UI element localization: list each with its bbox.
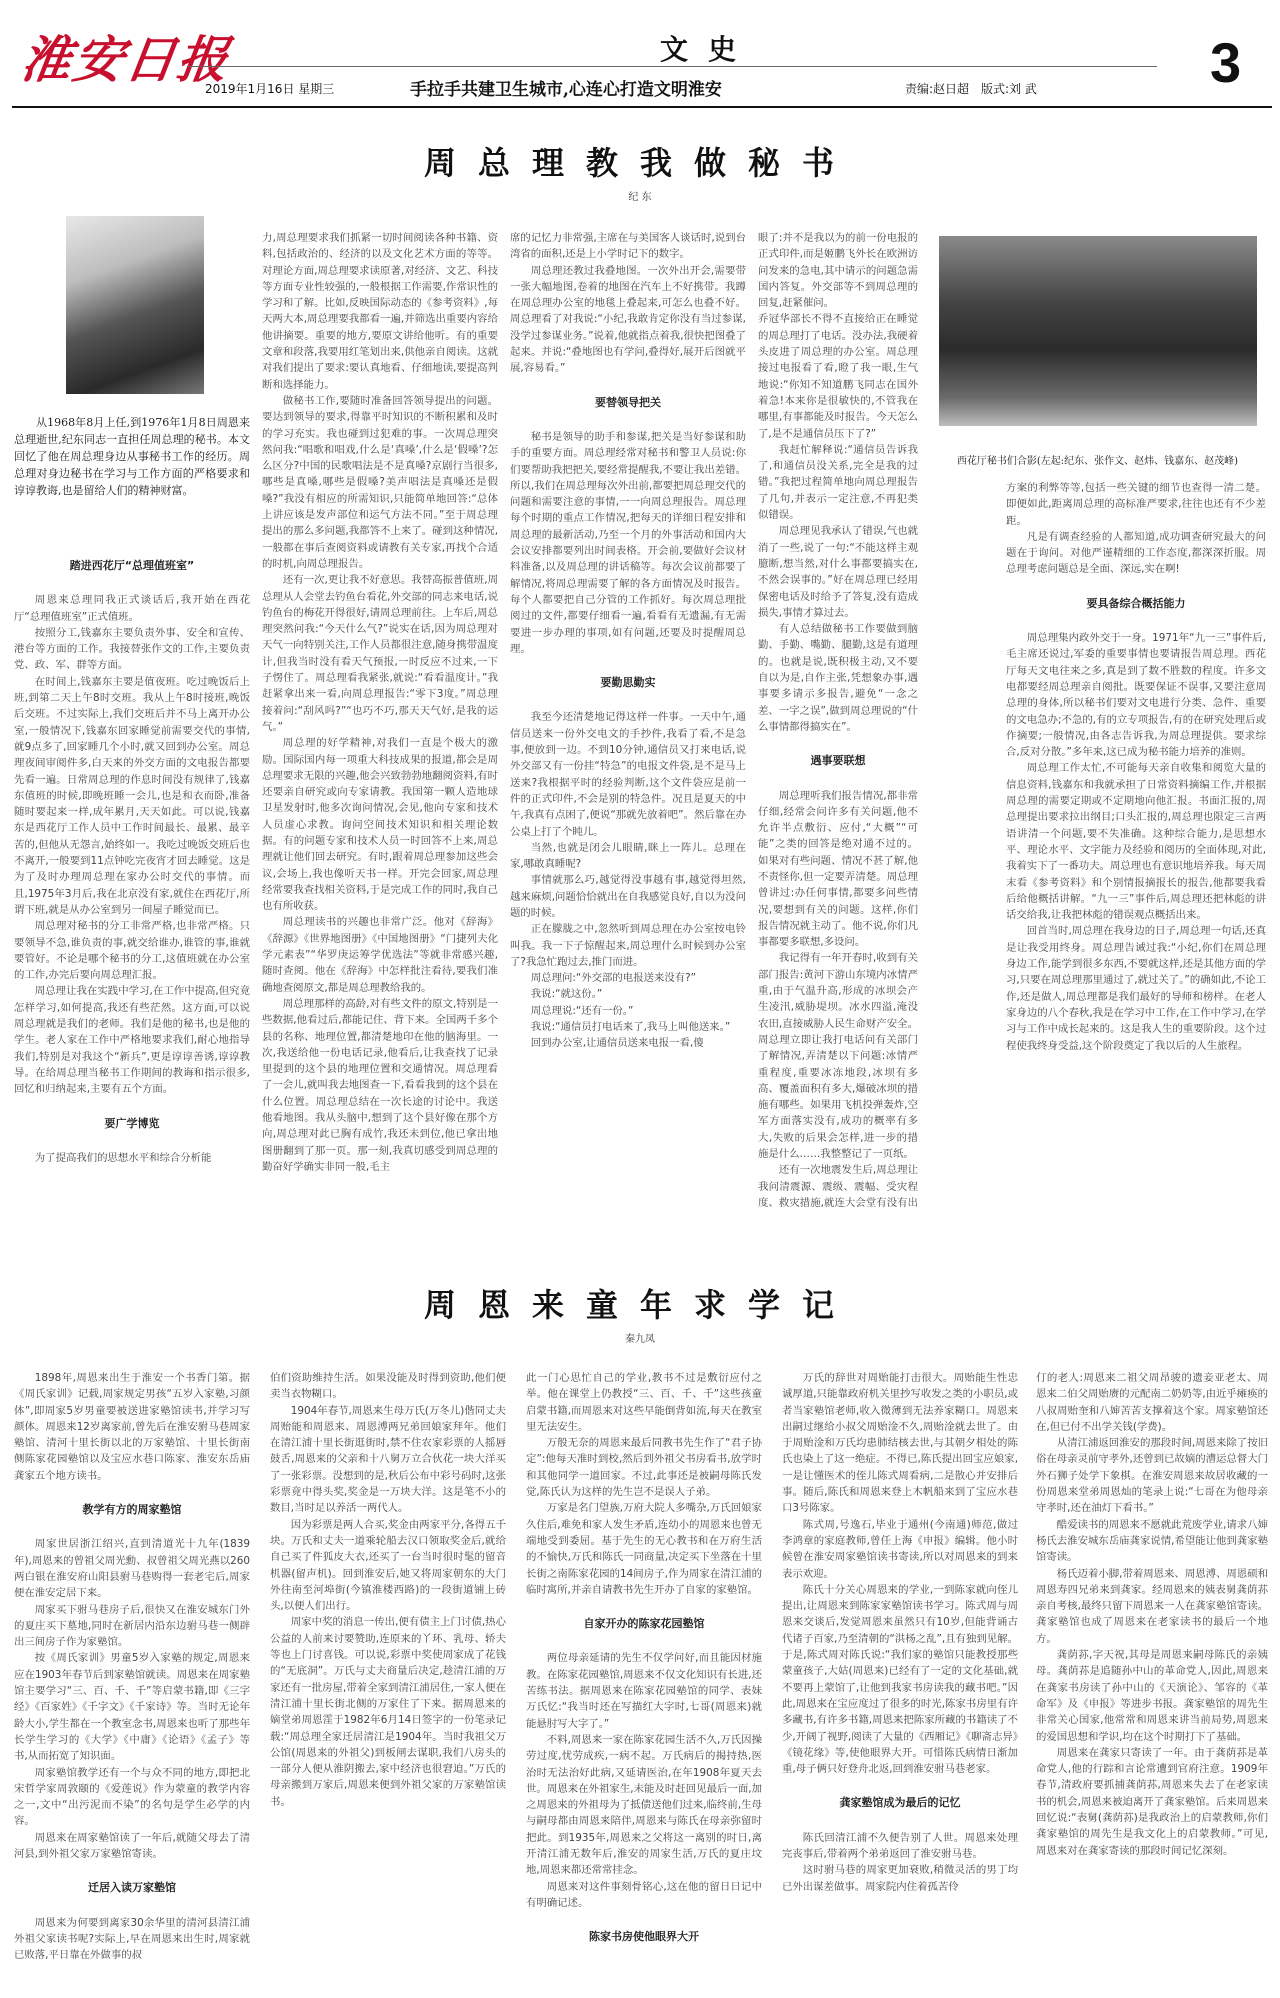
paragraph: 陈氏十分关心周恩来的学业,一到陈家就向侄儿提出,让周恩来到陈家家塾馆读书学习。陈… bbox=[782, 1582, 1018, 1778]
section-subheading: 要具备综合概括能力 bbox=[1006, 596, 1266, 612]
paragraph: 席的记忆力非常强,主席在与美国客人谈话时,说到台湾省的面积,还是上小学时记下的数… bbox=[510, 230, 746, 263]
paragraph: 万家是名门望族,万府大院人多嘴杂,万氏回娘家久住后,难免和家人发生矛盾,连幼小的… bbox=[526, 1500, 762, 1598]
paragraph: 伯们资助维持生活。如果没能及时得到资助,他们便卖当衣物糊口。 bbox=[270, 1370, 506, 1403]
paragraph: 周总理还教过我叠地图。一次外出开会,需要带一张大幅地图,卷着的地图在汽车上不好携… bbox=[510, 263, 746, 377]
paragraph: 万般无奈的周恩来最后同教书先生作了“君子协定”:他每天准时到校,然后到外祖父书房… bbox=[526, 1435, 762, 1500]
paragraph: 周总理让我在实践中学习,在工作中提高,但究竟怎样学习,如何提高,我还有些茫然。这… bbox=[14, 983, 250, 1097]
paragraph: 周总理读书的兴趣也非常广泛。他对《辞海》《辞源》《世界地图册》《中国地图册》“门… bbox=[262, 914, 498, 995]
article1-byline: 纪 东 bbox=[0, 188, 1280, 203]
article2-column-1: 1898年,周恩来出生于淮安一个书香门第。据《周氏家训》记载,周家规定男孩“五岁… bbox=[14, 1370, 250, 1998]
paragraph: 周恩来为何要到离家30余华里的清河县清江浦外祖父家读书呢?实际上,早在周恩来出生… bbox=[14, 1915, 250, 1964]
section-subheading: 陈家书房使他眼界大开 bbox=[526, 1929, 762, 1945]
paragraph: 杨氏迈着小脚,带着周恩来、周恩溥、周恩硕和周恩寿四兄弟来到龚家。经周恩来的姨表舅… bbox=[1036, 1566, 1268, 1647]
section-subheading: 龚家塾馆成为最后的记忆 bbox=[782, 1795, 1018, 1811]
paragraph: 周总理问:“外交部的电报送来没有?” bbox=[510, 970, 746, 986]
paragraph: 凡是有调查经验的人都知道,成功调查研究最大的问题在于询问。对他严谨精细的工作态度… bbox=[1006, 529, 1266, 578]
paragraph: 酷爱读书的周恩来不愿就此荒废学业,请求八婶杨氏去淮安城东岳庙龚家说情,希望能让他… bbox=[1036, 1517, 1268, 1566]
paragraph: 龚荫荪,字天祝,其母是周恩来嗣母陈氏的亲姨母。龚荫荪是追随孙中山的革命党人,因此… bbox=[1036, 1647, 1268, 1745]
editor-credits: 责编:赵日超 版式:刘 武 bbox=[905, 80, 1037, 97]
paragraph: 周恩来在周家塾馆读了一年后,就随父母去了清河县,到外祖父家万家塾馆寄读。 bbox=[14, 1830, 250, 1863]
article1-column-5: 方案的利弊等等,包括一些关键的细节也查得一清二楚。即便如此,距离周总理的高标准严… bbox=[1006, 480, 1266, 1210]
paragraph: 周总理工作太忙,不可能每天亲自收集和阅览大量的信息资料,钱嘉东和我就承担了日常资… bbox=[1006, 760, 1266, 923]
paragraph: 周家世居浙江绍兴,直到清道光十九年(1839年),周恩来的曾祖父周光勳、叔曾祖父… bbox=[14, 1536, 250, 1601]
paragraph: 周家塾馆教学还有一个与众不同的地方,即把北宋哲学家周敦颐的《爱莲说》作为蒙童的教… bbox=[14, 1765, 250, 1830]
paragraph: 我说:“就这份。” bbox=[510, 986, 746, 1002]
paragraph: 陈氏回清江浦不久便告别了人世。周恩来处理完丧事后,带着两个弟弟返回了淮安驸马巷。 bbox=[782, 1830, 1018, 1863]
section-subheading: 自家开办的陈家花园塾馆 bbox=[526, 1616, 762, 1632]
header-main-rule bbox=[12, 106, 1272, 108]
paragraph: 我说:“通信员打电话来了,我马上叫他送来。” bbox=[510, 1019, 746, 1035]
paragraph: 不料,周恩来一家在陈家花园生活不久,万氏因操劳过度,忧劳成疾,一病不起。万氏病后… bbox=[526, 1732, 762, 1879]
article1-column-4: 眼了:并不是我以为的前一份电报的正式印件,而是姬鹏飞外长在欧洲访问发来的急电,其… bbox=[758, 230, 918, 1210]
paragraph: 我赶忙解释说:“通信员告诉我了,和通信员没关系,完全是我的过错。”我把过程简单地… bbox=[758, 442, 918, 523]
section-subheading: 要广学博览 bbox=[14, 1116, 250, 1132]
paragraph: 周总理的好学精神,对我们一直是个极大的激励。国际国内每一项重大科技成果的报道,都… bbox=[262, 735, 498, 914]
paragraph: 周总理那样的高龄,对有些文件的原文,特别是一些数据,他看过后,都能记住、背下来。… bbox=[262, 996, 498, 1175]
paragraph: 周总理听我们报告情况,都非常仔细,经常会问许多有关问题,他不允许半点敷衍、应付,… bbox=[758, 788, 918, 951]
paragraph: 1904年春节,周恩来生母万氏(万冬儿)偕同丈夫周贻能和周恩来、周恩溥两兄弟回娘… bbox=[270, 1403, 506, 1517]
paragraph: 此一门心思忙自己的学业,教书不过是敷衍应付之举。他在课堂上仍教授“三、百、千、千… bbox=[526, 1370, 762, 1435]
article2-column-2: 伯们资助维持生活。如果没能及时得到资助,他们便卖当衣物糊口。1904年春节,周恩… bbox=[270, 1370, 506, 1998]
paragraph: 1898年,周恩来出生于淮安一个书香门第。据《周氏家训》记载,周家规定男孩“五岁… bbox=[14, 1370, 250, 1484]
paragraph: 在时间上,钱嘉东主要是值夜班。吃过晚饭后上班,到第二天上午8时交班。我从上午8时… bbox=[14, 674, 250, 918]
section-subheading: 迁居入读万家塾馆 bbox=[14, 1880, 250, 1896]
paragraph: 仃的老人:周恩来二祖父周昂骏的遗妾亚老太、周恩来二伯父周贻赓的元配南二奶奶等,由… bbox=[1036, 1370, 1268, 1435]
header-rule bbox=[187, 66, 1157, 67]
section-subheading: 教学有方的周家塾馆 bbox=[14, 1502, 250, 1518]
paragraph: 周恩来总理同我正式谈话后,我开始在西花厅“总理值班室”正式值班。 bbox=[14, 592, 250, 625]
paragraph: 周总理对秘书的分工非常严格,也非常严格。只要领导不急,谁负责的事,就交给谁办,谁… bbox=[14, 918, 250, 983]
paragraph: 周恩来对这件事刻骨铭心,这在他的留日日记中有明确记述。 bbox=[526, 1879, 762, 1912]
article1-column-2: 力,周总理要求我们抓紧一切时间阅读各种书籍、资料,包括政治的、经济的以及文化艺术… bbox=[262, 230, 498, 1210]
issue-date: 2019年1月16日 星期三 bbox=[205, 80, 334, 97]
section-subheading: 要勤思勤实 bbox=[510, 675, 746, 691]
section-name: 文史 bbox=[660, 28, 756, 68]
group-photo bbox=[939, 236, 1257, 426]
paragraph: 秘书是领导的助手和参谋,把关是当好参谋和助手的重要方面。周总理经常对秘书和警卫人… bbox=[510, 429, 746, 657]
article1-title: 周总理教我做秘书 bbox=[0, 138, 1280, 184]
paragraph: 力,周总理要求我们抓紧一切时间阅读各种书籍、资料,包括政治的、经济的以及文化艺术… bbox=[262, 230, 498, 393]
article2-column-3: 此一门心思忙自己的学业,教书不过是敷衍应付之举。他在课堂上仍教授“三、百、千、千… bbox=[526, 1370, 762, 1998]
article1-column-1: 踏进西花厅“总理值班室”周恩来总理同我正式谈话后,我开始在西花厅“总理值班室”正… bbox=[14, 540, 250, 1200]
paragraph: 我至今还清楚地记得这样一件事。一天中午,通信员送来一份外交电文的手抄件,我看了看… bbox=[510, 709, 746, 839]
portrait-photo bbox=[66, 216, 204, 394]
paragraph: 做秘书工作,要随时准备回答领导提出的问题。要达到领导的要求,得靠平时知识的不断积… bbox=[262, 393, 498, 572]
paragraph: 周家买下驸马巷房子后,很快又在淮安城东门外的夏庄买下墓地,同时在新居内沿东边驸马… bbox=[14, 1602, 250, 1651]
paragraph: 方案的利弊等等,包括一些关键的细节也查得一清二楚。即便如此,距离周总理的高标准严… bbox=[1006, 480, 1266, 529]
paragraph: 回到办公室,让通信员送来电报一看,傻 bbox=[510, 1035, 746, 1051]
paragraph: 这时驸马巷的周家更加衰败,稍微灵活的男丁均已外出谋差做事。周家院内住着孤苦伶 bbox=[782, 1862, 1018, 1895]
page-number: 3 bbox=[1210, 30, 1241, 95]
paragraph: 万氏的辞世对周贻能打击很大。周贻能生性忠诚厚道,只能靠政府机关里抄写收发之类的小… bbox=[782, 1370, 1018, 1517]
paragraph: 从清江浦返回淮安的那段时间,周恩来除了按旧俗在母亲灵前守孝外,还曾到已故嫡的漕运… bbox=[1036, 1435, 1268, 1516]
paragraph: 当然,也就是闭会儿眼睛,眯上一阵儿。总理在家,哪敢真睡呢? bbox=[510, 840, 746, 873]
article2-column-5: 仃的老人:周恩来二祖父周昂骏的遗妾亚老太、周恩来二伯父周贻赓的元配南二奶奶等,由… bbox=[1036, 1370, 1268, 1998]
paragraph: 按《周氏家训》男童5岁入家塾的规定,周恩来应在1903年春节后到家塾馆就读。周恩… bbox=[14, 1650, 250, 1764]
header-slogan: 手拉手共建卫生城市,心连心打造文明淮安 bbox=[410, 75, 722, 100]
article2-byline: 秦九凤 bbox=[0, 1330, 1280, 1345]
paragraph: 眼了:并不是我以为的前一份电报的正式印件,而是姬鹏飞外长在欧洲访问发来的急电,其… bbox=[758, 230, 918, 311]
paragraph: 为了提高我们的思想水平和综合分析能 bbox=[14, 1150, 250, 1166]
paragraph: 周总理说:“还有一份。” bbox=[510, 1003, 746, 1019]
article2-title: 周恩来童年求学记 bbox=[0, 1280, 1280, 1326]
section-subheading: 遇事要联想 bbox=[758, 753, 918, 769]
newspaper-masthead-logo: 淮安日报 bbox=[17, 20, 235, 92]
paragraph: 周总理见我承认了错误,气也就消了一些,说了一句:“不能这样主观臆断,想当然,对什… bbox=[758, 523, 918, 621]
paragraph: 陈式周,号逸石,毕业于通州(今南通)师范,做过李鸿章的家庭教师,曾任上海《申报》… bbox=[782, 1517, 1018, 1582]
article1-lede: 从1968年8月上任,到1976年1月8日周恩来总理逝世,纪东同志一直担任周总理… bbox=[14, 414, 250, 499]
paragraph: 我记得有一年开春时,收到有关部门报告:黄河下游山东境内冰情严重,由于气温升高,形… bbox=[758, 950, 918, 1162]
section-subheading: 要替领导把关 bbox=[510, 395, 746, 411]
paragraph: 有人总结做秘书工作要做到脑勤、手勤、嘴勤、腿勤,这是有道理的。也就是说,既积极主… bbox=[758, 621, 918, 735]
paragraph: 还有一次,更让我不好意思。我替高振普值班,周总理从人会堂去钓鱼台看花,外交部的同… bbox=[262, 572, 498, 735]
paragraph: 回首当时,周总理在我身边的日子,周总理一句话,还真是让我受用终身。周总理告诫过我… bbox=[1006, 923, 1266, 1053]
section-subheading: 踏进西花厅“总理值班室” bbox=[14, 558, 250, 574]
paragraph: 乔冠华部长不得不直接给正在睡觉的周总理打了电话。没办法,我硬着头皮进了周总理的办… bbox=[758, 311, 918, 441]
paragraph: 因为彩票是两人合买,奖金由两家平分,各得五千块。万氏和丈夫一道乘轮船去汉口领取奖… bbox=[270, 1517, 506, 1615]
lede-text: 从1968年8月上任,到1976年1月8日周恩来总理逝世,纪东同志一直担任周总理… bbox=[14, 414, 250, 499]
article1-column-3: 席的记忆力非常强,主席在与美国客人谈话时,说到台湾省的面积,还是上小学时记下的数… bbox=[510, 230, 746, 1210]
paragraph: 周总理集内政外交于一身。1971年“九一三”事件后,毛主席还说过,军委的重要事情… bbox=[1006, 630, 1266, 760]
paragraph: 事情就那么巧,越觉得没事越有事,越觉得坦然,越来麻烦,问题恰恰就出在自我感觉良好… bbox=[510, 872, 746, 921]
paragraph: 按照分工,钱嘉东主要负责外事、安全和宣传、港台等方面的工作。我接替张作文的工作,… bbox=[14, 625, 250, 674]
group-photo-caption: 西花厅秘书们合影(左起:纪东、张作文、赵炜、钱嘉东、赵茂峰) bbox=[925, 452, 1270, 467]
paragraph: 两位母亲延请的先生不仅学问好,而且能因材施教。在陈家花园塾馆,周恩来不仅文化知识… bbox=[526, 1650, 762, 1731]
article2-column-4: 万氏的辞世对周贻能打击很大。周贻能生性忠诚厚道,只能靠政府机关里抄写收发之类的小… bbox=[782, 1370, 1018, 1998]
paragraph: 正在朦胧之中,忽然听到周总理在办公室按电铃叫我。我一下子惊醒起来,周总理什么时候… bbox=[510, 921, 746, 970]
paragraph: 还有一次地震发生后,周总理让我问清震源、震级、震幅、受灾程度、救灾措施,就连大会… bbox=[758, 1162, 918, 1210]
paragraph: 周恩来在龚家只寄读了一年。由于龚荫荪是革命党人,他的行踪和言论常遭到官府注意。1… bbox=[1036, 1745, 1268, 1859]
paragraph: 周家中奖的消息一传出,便有债主上门讨债,热心公益的人前来讨要赞助,连原来的丫环、… bbox=[270, 1614, 506, 1810]
